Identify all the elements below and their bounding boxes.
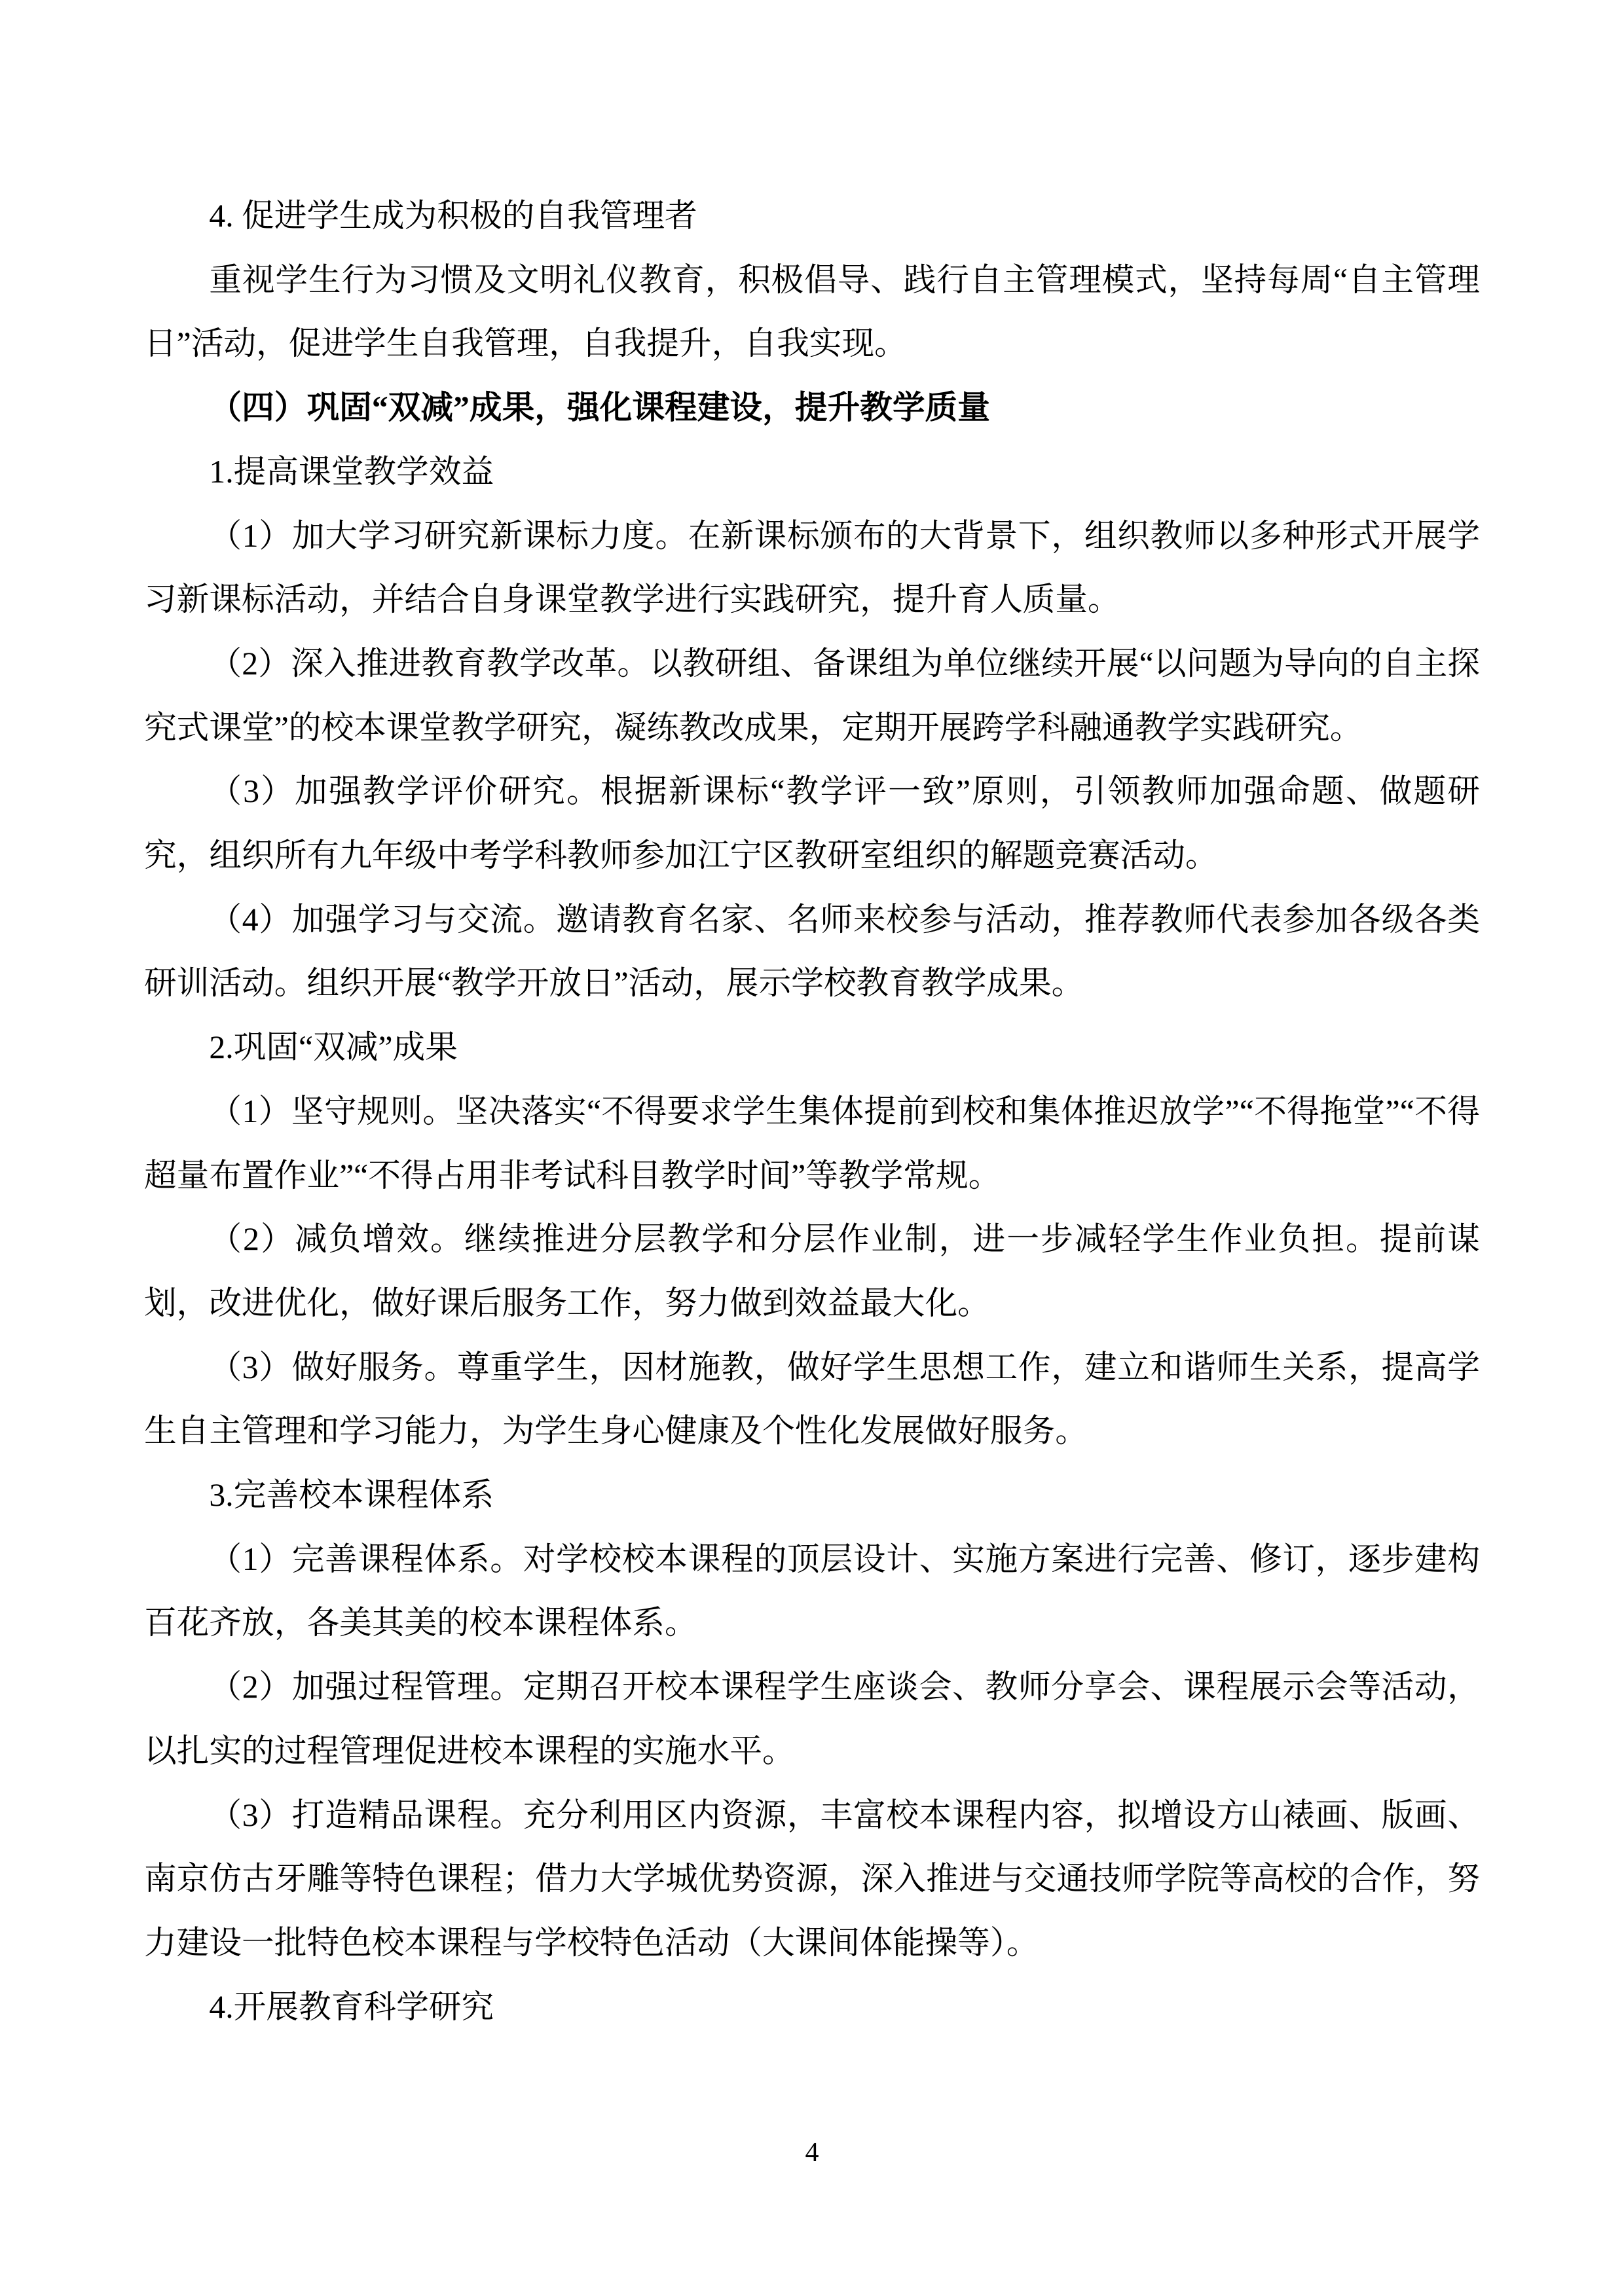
subheading-2-double-reduction-results: 2.巩固“双减”成果	[144, 1015, 1480, 1080]
item-heading-4-self-manager: 4. 促进学生成为积极的自我管理者	[144, 184, 1480, 248]
para-1-2-teaching-reform: （2）深入推进教育教学改革。以教研组、备课组为单位继续开展“以问题为导向的自主探…	[144, 632, 1480, 759]
document-body: 4. 促进学生成为积极的自我管理者 重视学生行为习惯及文明礼仪教育，积极倡导、践…	[144, 184, 1480, 2039]
para-2-1-keep-rules: （1）坚守规则。坚决落实“不得要求学生集体提前到校和集体推迟放学”“不得拖堂”“…	[144, 1080, 1480, 1207]
para-3-1-curriculum-system: （1）完善课程体系。对学校校本课程的顶层设计、实施方案进行完善、修订，逐步建构百…	[144, 1527, 1480, 1655]
para-self-management: 重视学生行为习惯及文明礼仪教育，积极倡导、践行自主管理模式，坚持每周“自主管理日…	[144, 248, 1480, 376]
para-1-1-new-curriculum-study: （1）加大学习研究新课标力度。在新课标颁布的大背景下，组织教师以多种形式开展学习…	[144, 504, 1480, 632]
para-1-4-learning-exchange: （4）加强学习与交流。邀请教育名家、名师来校参与活动，推荐教师代表参加各级各类研…	[144, 888, 1480, 1015]
para-3-2-process-management: （2）加强过程管理。定期召开校本课程学生座谈会、教师分享会、课程展示会等活动，以…	[144, 1655, 1480, 1783]
para-2-2-reduce-burden-increase-efficiency: （2）减负增效。继续推进分层教学和分层作业制，进一步减轻学生作业负担。提前谋划，…	[144, 1207, 1480, 1335]
subheading-3-school-curriculum-system: 3.完善校本课程体系	[144, 1463, 1480, 1527]
section-heading-four-double-reduction: （四）巩固“双减”成果，强化课程建设，提升教学质量	[144, 376, 1480, 440]
subheading-4-education-research: 4.开展教育科学研究	[144, 1975, 1480, 2039]
para-3-3-quality-courses: （3）打造精品课程。充分利用区内资源，丰富校本课程内容，拟增设方山裱画、版画、南…	[144, 1783, 1480, 1975]
para-2-3-good-service: （3）做好服务。尊重学生，因材施教，做好学生思想工作，建立和谐师生关系，提高学生…	[144, 1336, 1480, 1463]
para-1-3-evaluation-research: （3）加强教学评价研究。根据新课标“教学评一致”原则，引领教师加强命题、做题研究…	[144, 759, 1480, 887]
document-page: 4. 促进学生成为积极的自我管理者 重视学生行为习惯及文明礼仪教育，积极倡导、践…	[0, 0, 1624, 2296]
subheading-1-classroom-efficiency: 1.提高课堂教学效益	[144, 440, 1480, 504]
page-number: 4	[0, 2133, 1624, 2172]
